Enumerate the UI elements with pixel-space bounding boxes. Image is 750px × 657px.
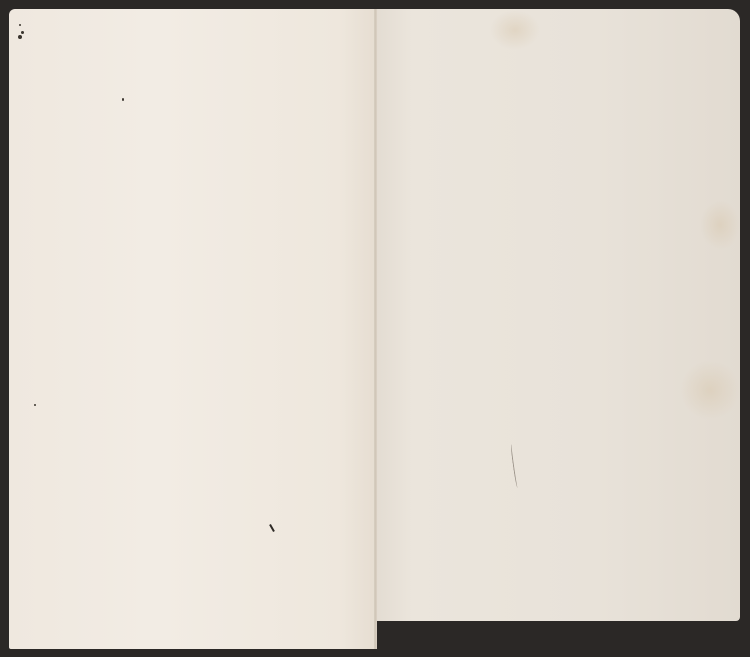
ink-spot [19, 24, 21, 26]
ink-spot [34, 404, 36, 406]
paper-stain [680, 360, 740, 420]
book-gutter [374, 9, 377, 649]
ink-spot [21, 31, 24, 34]
book-spread [0, 0, 750, 657]
ink-spot [18, 35, 22, 39]
paper-stain [700, 200, 740, 250]
paper-stain [490, 10, 540, 50]
right-page [376, 9, 740, 621]
ink-spot [122, 98, 124, 101]
left-page [9, 9, 376, 649]
